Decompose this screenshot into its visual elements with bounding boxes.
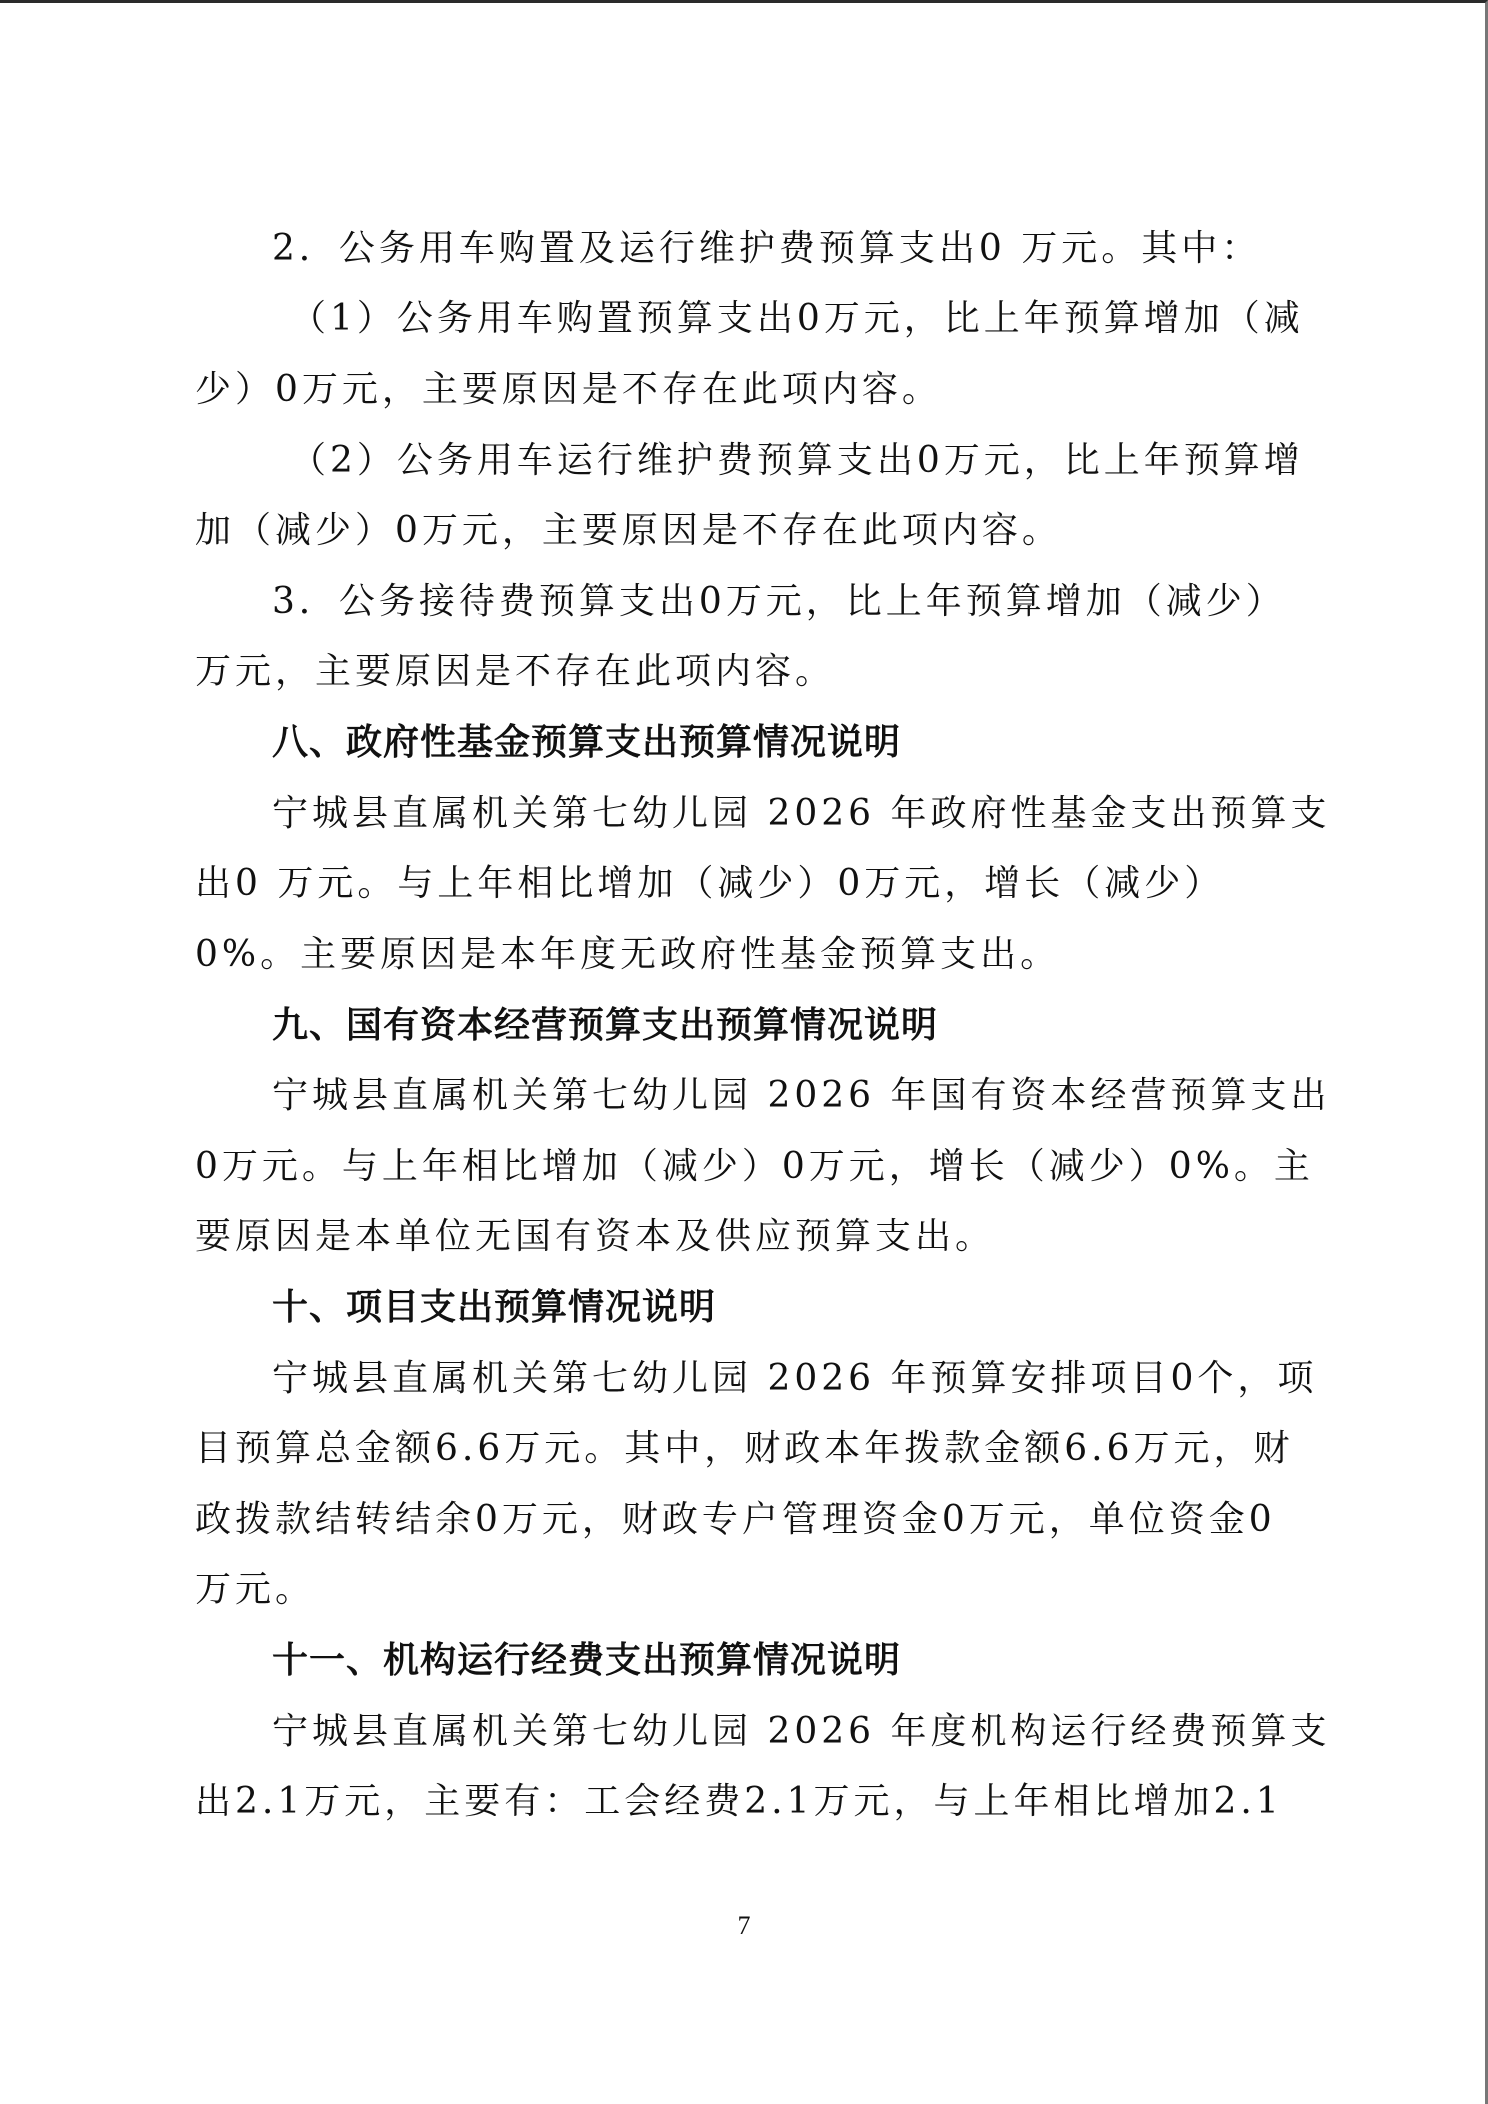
paragraph-line: 3．公务接待费预算支出0万元，比上年预算增加（减少） [272,580,1286,624]
paragraph-line: 出2.1万元，主要有：工会经费2.1万元，与上年相比增加2.1 [195,1780,1283,1824]
page-number: 7 [0,1911,1488,1941]
paragraph-line: 宁城县直属机关第七幼儿园 2026 年度机构运行经费预算支 [272,1710,1331,1754]
paragraph-line: 万元，主要原因是不存在此项内容。 [195,650,835,694]
paragraph-line: 目预算总金额6.6万元。其中，财政本年拨款金额6.6万元，财 [195,1427,1294,1471]
paragraph-line: 要原因是本单位无国有资本及供应预算支出。 [195,1215,995,1259]
paragraph-line: （2）公务用车运行维护费预算支出0万元，比上年预算增 [290,439,1304,483]
paragraph-line: 宁城县直属机关第七幼儿园 2026 年预算安排项目0个，项 [272,1357,1317,1401]
paragraph-line: 宁城县直属机关第七幼儿园 2026 年国有资本经营预算支出 [272,1074,1331,1118]
paragraph-line: 政拨款结转结余0万元，财政专户管理资金0万元，单位资金0 [195,1498,1276,1542]
section-heading: 九、国有资本经营预算支出预算情况说明 [272,1004,938,1048]
paragraph-line: 加（减少）0万元，主要原因是不存在此项内容。 [195,509,1062,553]
paragraph-line: （1）公务用车购置预算支出0万元，比上年预算增加（减 [290,297,1304,341]
paragraph-line: 宁城县直属机关第七幼儿园 2026 年政府性基金支出预算支 [272,792,1331,836]
document-page: 2．公务用车购置及运行维护费预算支出0 万元。其中：（1）公务用车购置预算支出0… [0,0,1488,2104]
paragraph-line: 2．公务用车购置及运行维护费预算支出0 万元。其中： [272,227,1261,271]
paragraph-line: 少）0万元，主要原因是不存在此项内容。 [195,368,942,412]
section-heading: 十、项目支出预算情况说明 [272,1286,716,1330]
paragraph-line: 0%。主要原因是本年度无政府性基金预算支出。 [195,933,1060,977]
paragraph-line: 万元。 [195,1568,315,1612]
section-heading: 十一、机构运行经费支出预算情况说明 [272,1639,901,1683]
paragraph-line: 0万元。与上年相比增加（减少）0万元，增长（减少）0%。主 [195,1145,1314,1189]
section-heading: 八、政府性基金预算支出预算情况说明 [272,721,901,765]
paragraph-line: 出0 万元。与上年相比增加（减少）0万元，增长（减少） [195,862,1224,906]
